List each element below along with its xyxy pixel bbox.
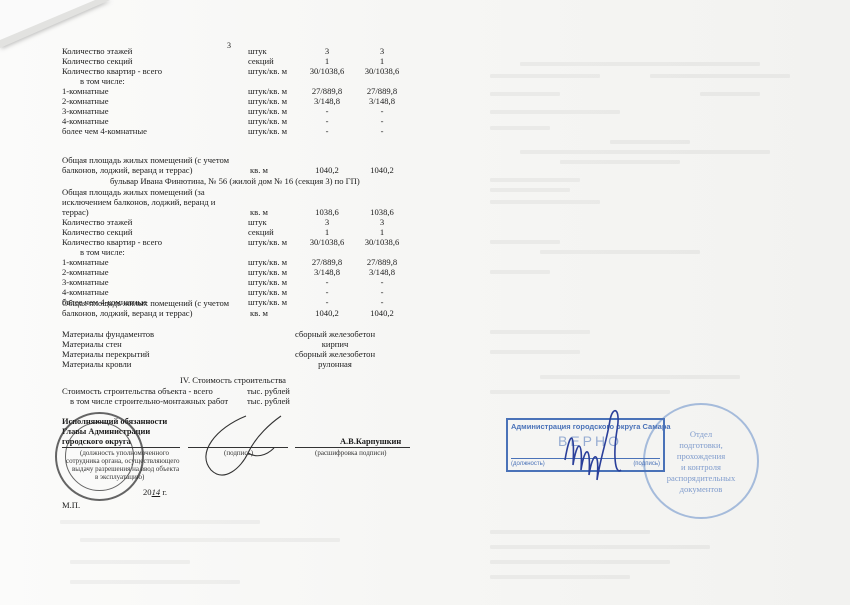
round-stamp-line: документов [659, 484, 743, 495]
row-value-1: 27/889,8 [302, 257, 352, 267]
folded-corner-highlight [0, 0, 95, 40]
row-value-1: 3/148,8 [302, 96, 352, 106]
row-value-2: - [357, 106, 407, 116]
block2-total-area-label-1: Общая площадь жилых помещений (с учетом [62, 298, 229, 308]
material-row: Материалы стенкирпич [62, 339, 482, 349]
material-label: Материалы стен [62, 339, 122, 349]
name-line [295, 447, 410, 448]
row-value-1: 1 [302, 56, 352, 66]
block2-area-excl-label-1: Общая площадь жилых помещений (за [62, 187, 205, 197]
material-value: сборный железобетон [280, 329, 390, 339]
round-stamp-line: и контроля [659, 462, 743, 473]
row-value-1: - [302, 287, 352, 297]
material-value: кирпич [280, 339, 390, 349]
row-value-2: 1 [357, 56, 407, 66]
signature-date: 2014 г. [143, 487, 167, 497]
material-value: рулонная [280, 359, 390, 369]
round-stamp-line: прохождения [659, 451, 743, 462]
row-unit: штук/кв. м [248, 277, 287, 287]
row-label: 1-комнатные [62, 86, 109, 96]
row-unit: штук/кв. м [248, 116, 287, 126]
row-value-2: 3 [357, 46, 407, 56]
row-value-2: - [357, 116, 407, 126]
row-value-1: 3/148,8 [302, 267, 352, 277]
row-unit: штук/кв. м [248, 86, 287, 96]
cost-heading: IV. Стоимость строительства [180, 375, 286, 385]
handwritten-signature-left [186, 408, 296, 488]
row-label: Количество этажей [62, 46, 132, 56]
row-unit: штук/кв. м [248, 126, 287, 136]
row-value-2: - [357, 126, 407, 136]
row-value-2: 27/889,8 [357, 257, 407, 267]
row-value-1: 30/1038,6 [302, 237, 352, 247]
name-caption: (расшифровка подписи) [315, 449, 386, 457]
block2-area-excl-label-2: исключением балконов, лоджий, веранд и [62, 197, 215, 207]
row-value-2: 3/148,8 [357, 96, 407, 106]
row-label: Количество секций [62, 227, 132, 237]
row-value-2: 30/1038,6 [357, 237, 407, 247]
row-value-2: 3 [357, 217, 407, 227]
block1-total-area-label-1: Общая площадь жилых помещений (с учетом [62, 155, 229, 165]
row-label: 2-комнатные [62, 267, 109, 277]
row-value-2: 27/889,8 [357, 86, 407, 96]
material-row: Материалы кровлирулонная [62, 359, 482, 369]
row-unit: штук/кв. м [248, 66, 287, 76]
material-row: Материалы перекрытийсборный железобетон [62, 349, 482, 359]
row-value-1: 3 [302, 217, 352, 227]
material-label: Материалы кровли [62, 359, 131, 369]
row-unit: штук [248, 217, 267, 227]
row-unit: секций [248, 56, 274, 66]
row-unit: штук/кв. м [248, 287, 287, 297]
handwritten-signature-right [555, 400, 635, 500]
row-value-1: - [302, 106, 352, 116]
row-label: более чем 4-комнатные [62, 126, 147, 136]
row-label: Количество квартир - всего [62, 237, 162, 247]
seal-place-mark: М.П. [62, 500, 80, 510]
round-stamp-line: подготовки, [659, 440, 743, 451]
row-value-1: - [302, 297, 352, 307]
row-label: 3-комнатные [62, 106, 109, 116]
row-value-2: 30/1038,6 [357, 66, 407, 76]
row-value-1: - [302, 277, 352, 287]
row-label: Количество квартир - всего [62, 66, 162, 76]
row-label: 2-комнатные [62, 96, 109, 106]
page-number: 3 [227, 41, 231, 50]
city-administration-seal [55, 412, 144, 501]
row-value-2: - [357, 297, 407, 307]
row-value-2: - [357, 287, 407, 297]
row-label: 4-комнатные [62, 116, 109, 126]
row-value-2: 3/148,8 [357, 267, 407, 277]
material-label: Материалы перекрытий [62, 349, 150, 359]
row-value-1: 30/1038,6 [302, 66, 352, 76]
row-value-1: - [302, 126, 352, 136]
signatory-name: А.В.Карпушкин [340, 437, 401, 447]
material-label: Материалы фундаментов [62, 329, 154, 339]
round-stamp-line: Отдел [659, 429, 743, 440]
row-unit: штук/кв. м [248, 106, 287, 116]
row-unit: штук/кв. м [248, 297, 287, 307]
row-value-1: 27/889,8 [302, 86, 352, 96]
scanned-document-page: 3 Количество этажейштук33Количество секц… [0, 0, 850, 605]
row-unit: штук/кв. м [248, 96, 287, 106]
row-label: Количество этажей [62, 217, 132, 227]
row-label: 1-комнатные [62, 257, 109, 267]
row-unit: секций [248, 227, 274, 237]
row-value-1: 1 [302, 227, 352, 237]
round-stamp-line: распорядительных [659, 473, 743, 484]
row-value-2: - [357, 277, 407, 287]
row-value-2: 1 [357, 227, 407, 237]
material-value: сборный железобетон [280, 349, 390, 359]
row-unit: штук [248, 46, 267, 56]
row-value-1: 3 [302, 46, 352, 56]
row-label: Количество секций [62, 56, 132, 66]
row-unit: штук/кв. м [248, 257, 287, 267]
row-value-1: - [302, 116, 352, 126]
row-unit: штук/кв. м [248, 237, 287, 247]
row-label: 3-комнатные [62, 277, 109, 287]
material-row: Материалы фундаментовсборный железобетон [62, 329, 482, 339]
section-heading: бульвар Ивана Финютина, № 56 (жилой дом … [110, 176, 360, 186]
row-unit: штук/кв. м [248, 267, 287, 277]
row-label: в том числе: [80, 76, 125, 86]
row-label: 4-комнатные [62, 287, 109, 297]
row-label: в том числе: [80, 247, 125, 257]
